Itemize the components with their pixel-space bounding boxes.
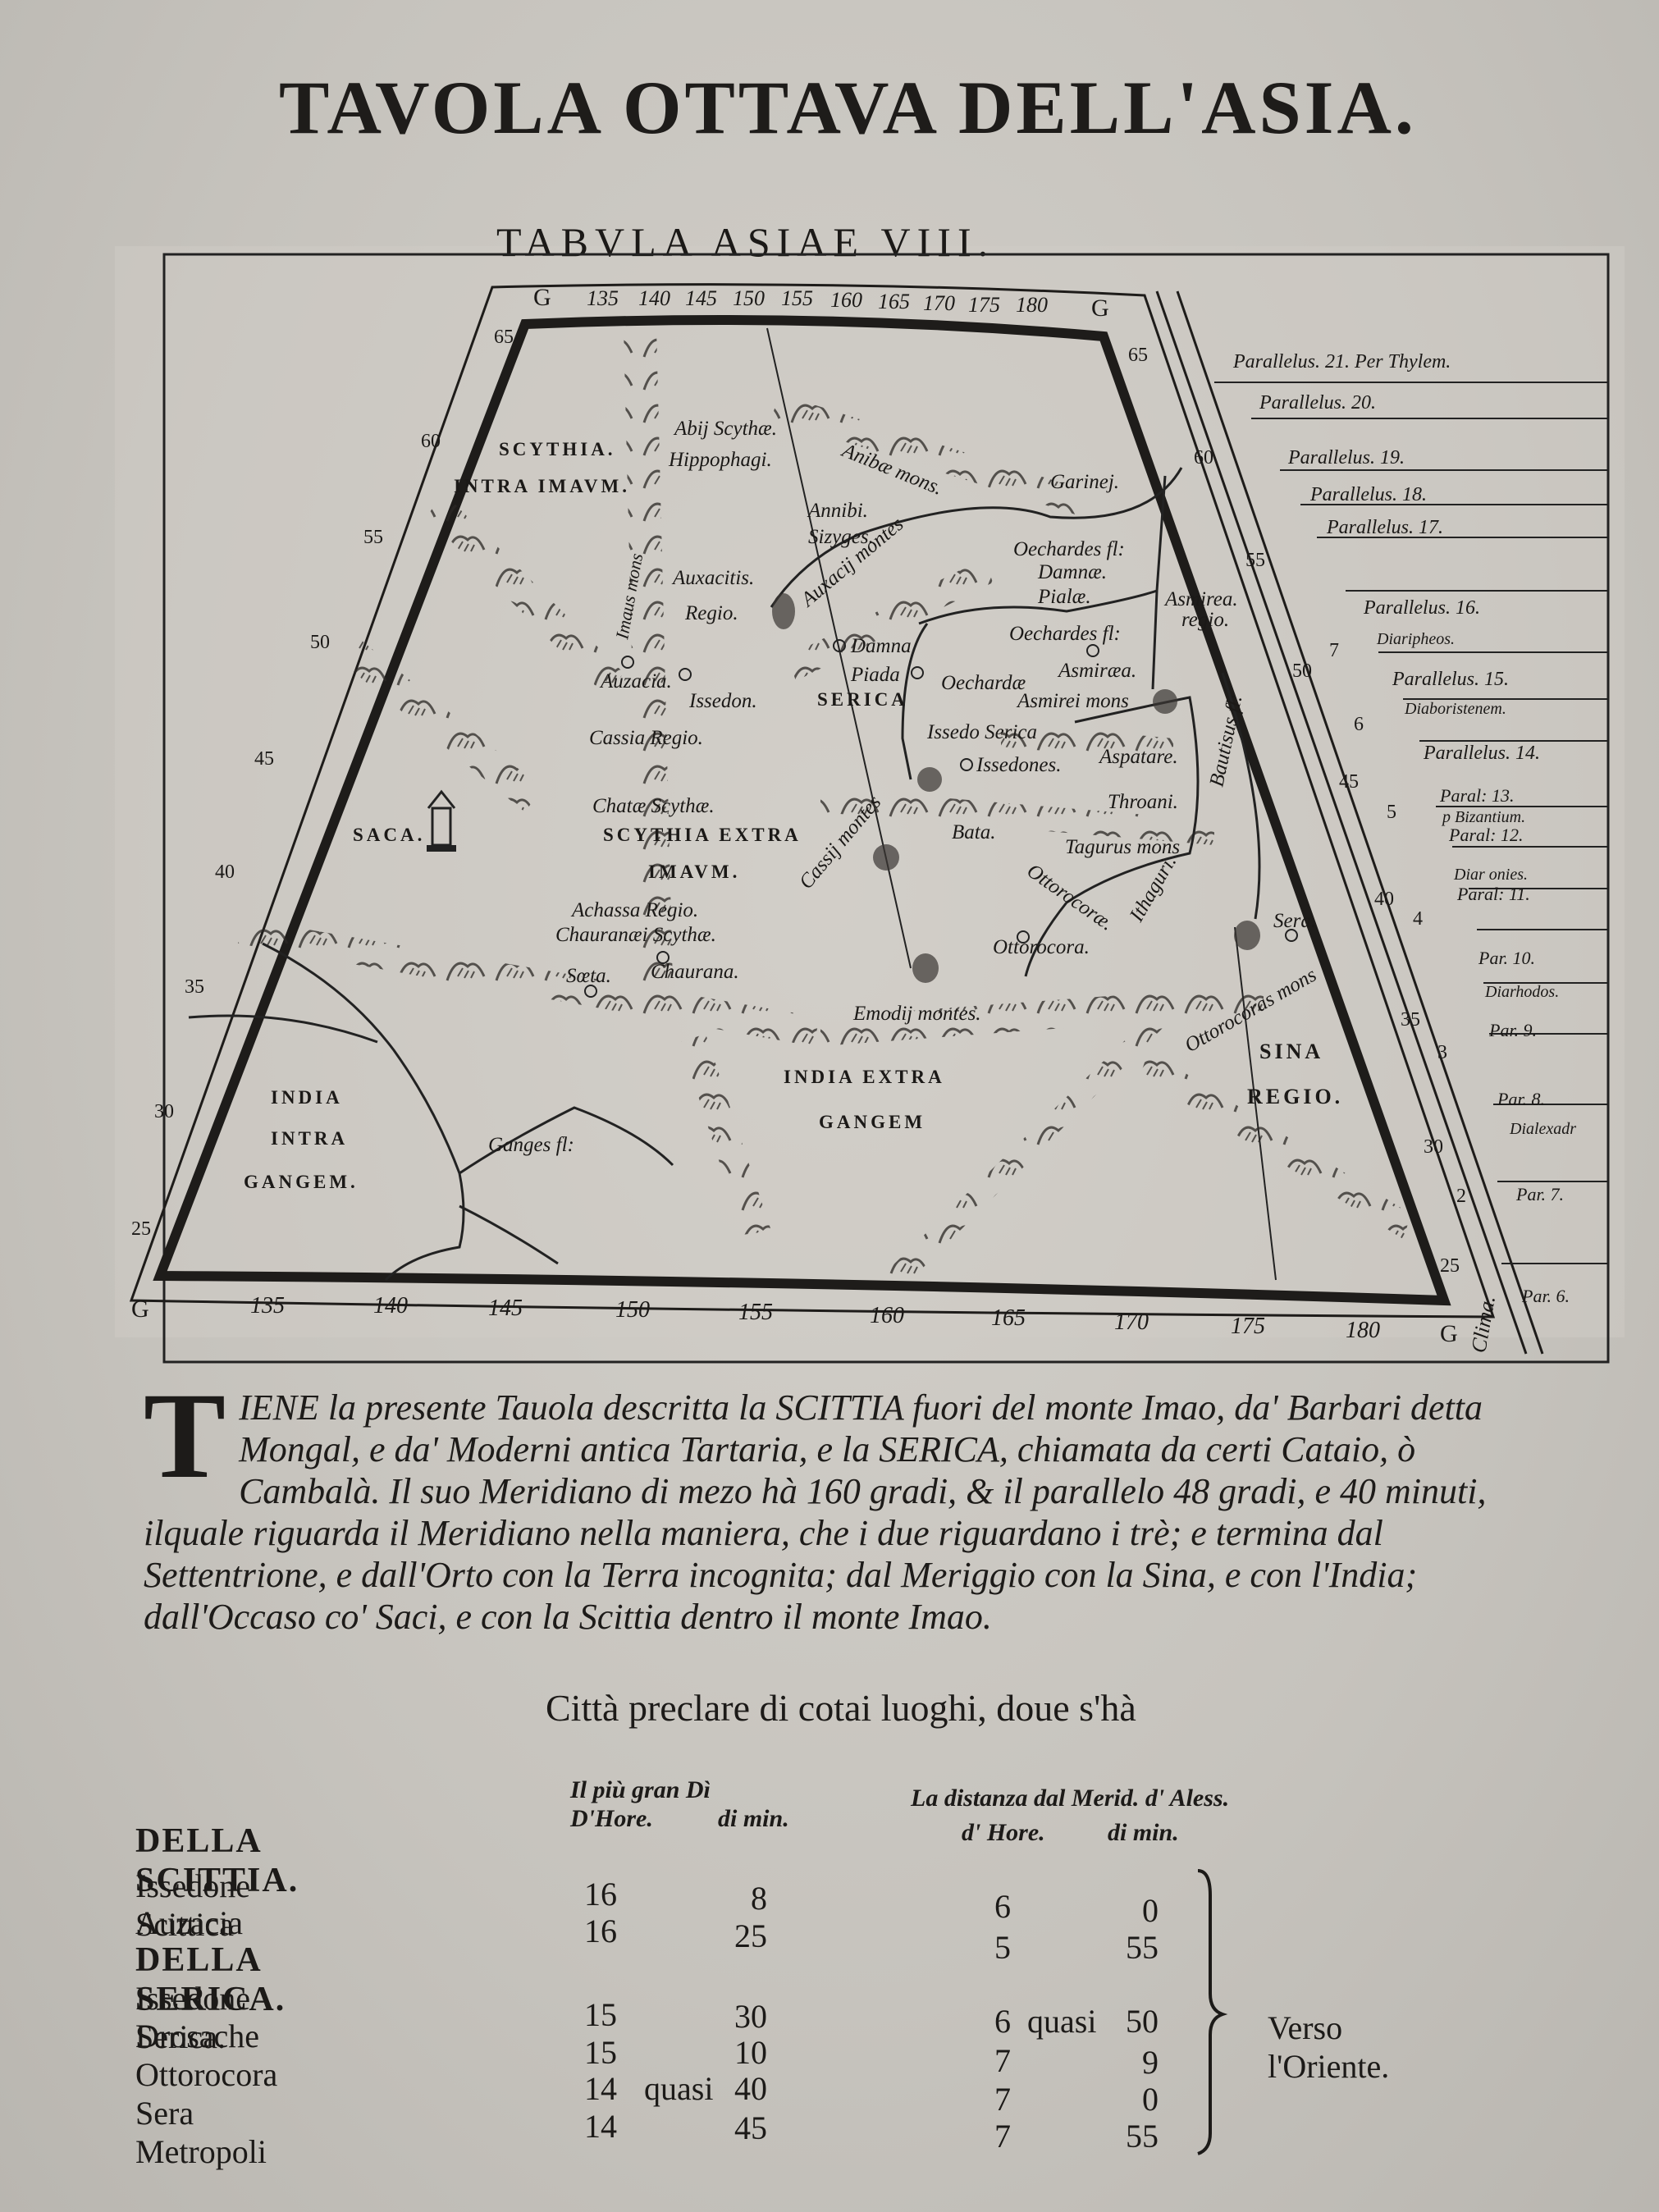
svg-text:Regio.: Regio. xyxy=(684,602,738,624)
dist-hours: 7 xyxy=(994,2080,1011,2118)
svg-text:Emodij montes.: Emodij montes. xyxy=(852,1003,981,1025)
svg-text:SACA.: SACA. xyxy=(353,825,425,845)
svg-text:180: 180 xyxy=(1016,293,1048,317)
dist-hours: 6 xyxy=(994,2002,1011,2041)
dist-minutes: 0 xyxy=(1142,2080,1159,2118)
svg-text:Issedones.: Issedones. xyxy=(976,754,1061,776)
svg-text:G: G xyxy=(1440,1320,1458,1347)
svg-text:170: 170 xyxy=(923,291,955,315)
svg-text:Hippophagi.: Hippophagi. xyxy=(668,449,772,471)
svg-text:165: 165 xyxy=(991,1305,1026,1331)
svg-text:Diaboristenem.: Diaboristenem. xyxy=(1404,700,1506,718)
svg-text:165: 165 xyxy=(878,290,910,313)
svg-text:Parallelus. 14.: Parallelus. 14. xyxy=(1423,743,1540,764)
svg-text:145: 145 xyxy=(488,1296,523,1321)
day-quasi: quasi xyxy=(644,2069,713,2108)
svg-text:65: 65 xyxy=(1128,345,1148,366)
svg-text:Paral: 11.: Paral: 11. xyxy=(1456,884,1530,904)
svg-text:Diaripheos.: Diaripheos. xyxy=(1376,630,1455,648)
dist-hours: 5 xyxy=(994,1928,1011,1967)
day-minutes: 8 xyxy=(751,1879,767,1917)
col-dist-hours-header: d' Hore. xyxy=(962,1819,1045,1847)
svg-text:135: 135 xyxy=(587,286,619,310)
svg-text:Paral: 12.: Paral: 12. xyxy=(1448,825,1523,845)
svg-text:Paral: 13.: Paral: 13. xyxy=(1439,785,1514,806)
svg-text:Sœta.: Sœta. xyxy=(566,965,611,987)
col-day-hours-header: D'Hore. xyxy=(570,1805,653,1833)
svg-text:regio.: regio. xyxy=(1181,609,1229,631)
svg-text:150: 150 xyxy=(733,286,765,310)
svg-text:Sera.: Sera. xyxy=(1273,910,1316,932)
svg-text:55: 55 xyxy=(1245,550,1265,571)
svg-text:Parallelus. 16.: Parallelus. 16. xyxy=(1363,597,1480,619)
drop-cap: T xyxy=(144,1387,226,1485)
svg-text:155: 155 xyxy=(738,1300,773,1325)
svg-text:IMAVM.: IMAVM. xyxy=(648,861,740,882)
svg-text:55: 55 xyxy=(363,527,383,548)
svg-text:Auxacitis.: Auxacitis. xyxy=(671,567,754,589)
svg-text:Piada: Piada xyxy=(850,664,900,686)
svg-text:INTRA IMAVM.: INTRA IMAVM. xyxy=(454,476,630,496)
day-hours: 15 xyxy=(584,1995,617,2034)
svg-text:Diarhodos.: Diarhodos. xyxy=(1484,983,1559,1001)
svg-text:Parallelus. 20.: Parallelus. 20. xyxy=(1259,392,1376,414)
svg-text:Dialexadr: Dialexadr xyxy=(1509,1120,1576,1138)
svg-text:SCYTHIA EXTRA: SCYTHIA EXTRA xyxy=(603,825,802,845)
svg-text:Pialæ.: Pialæ. xyxy=(1037,586,1091,608)
svg-text:5: 5 xyxy=(1387,802,1396,823)
day-minutes: 45 xyxy=(734,2109,767,2147)
row-label: Drosache xyxy=(135,2017,259,2055)
row-label: Ottorocora xyxy=(135,2055,277,2094)
svg-text:Auzacia.: Auzacia. xyxy=(599,670,672,692)
svg-text:Ganges fl:: Ganges fl: xyxy=(488,1134,574,1156)
description-body: IENE la presente Tauola descritta la SCI… xyxy=(144,1387,1487,1637)
svg-text:Throani.: Throani. xyxy=(1108,791,1178,813)
svg-text:150: 150 xyxy=(615,1297,650,1323)
svg-text:Damna: Damna xyxy=(850,635,912,657)
svg-text:Oechardes fl:: Oechardes fl: xyxy=(1013,538,1125,560)
svg-text:Damnæ.: Damnæ. xyxy=(1037,561,1107,583)
svg-text:Parallelus. 19.: Parallelus. 19. xyxy=(1287,447,1405,468)
svg-text:140: 140 xyxy=(638,286,670,310)
svg-text:Asmirei mons: Asmirei mons xyxy=(1016,690,1129,712)
svg-text:Aspatare.: Aspatare. xyxy=(1098,746,1178,768)
day-minutes: 30 xyxy=(734,1997,767,2036)
svg-text:Bata.: Bata. xyxy=(952,821,995,843)
col-group1-header: Il più gran Dì xyxy=(570,1776,711,1804)
col-dist-min-header: di min. xyxy=(1108,1819,1179,1847)
svg-text:Chaurana.: Chaurana. xyxy=(651,961,739,983)
svg-text:30: 30 xyxy=(1424,1136,1443,1158)
svg-text:50: 50 xyxy=(310,632,330,653)
svg-text:175: 175 xyxy=(968,293,1000,317)
svg-text:Asmirea.: Asmirea. xyxy=(1163,588,1238,610)
svg-text:Par. 7.: Par. 7. xyxy=(1515,1184,1564,1204)
svg-text:50: 50 xyxy=(1292,660,1312,682)
svg-text:60: 60 xyxy=(421,431,441,452)
dist-minutes: 9 xyxy=(1142,2043,1159,2082)
svg-text:Par. 8.: Par. 8. xyxy=(1497,1089,1545,1109)
day-hours: 15 xyxy=(584,2033,617,2072)
side-note: Verso l'Oriente. xyxy=(1268,2009,1389,2086)
svg-text:GANGEM: GANGEM xyxy=(819,1112,925,1132)
svg-text:G: G xyxy=(1091,295,1109,322)
svg-text:Asmiræa.: Asmiræa. xyxy=(1057,660,1136,682)
day-minutes: 10 xyxy=(734,2033,767,2072)
svg-text:25: 25 xyxy=(1440,1255,1460,1277)
row-label: Sera Metropoli xyxy=(135,2094,267,2171)
svg-text:Abij Scythæ.: Abij Scythæ. xyxy=(673,418,777,440)
svg-text:INTRA: INTRA xyxy=(271,1128,348,1149)
svg-text:2: 2 xyxy=(1456,1186,1466,1207)
day-minutes: 40 xyxy=(734,2069,767,2108)
svg-text:Chauranæi Scythæ.: Chauranæi Scythæ. xyxy=(555,924,716,946)
svg-text:Cassia Regio.: Cassia Regio. xyxy=(589,727,703,749)
svg-text:Achassa Regio.: Achassa Regio. xyxy=(570,899,698,921)
svg-text:Par. 10.: Par. 10. xyxy=(1478,948,1535,968)
svg-text:Par. 9.: Par. 9. xyxy=(1488,1020,1537,1040)
dist-hours: 6 xyxy=(994,1887,1011,1926)
svg-text:65: 65 xyxy=(494,327,514,348)
map-title: TABVLA ASIAE VIII. xyxy=(496,219,994,265)
col-day-min-header: di min. xyxy=(718,1805,789,1833)
svg-text:p Bizantium.: p Bizantium. xyxy=(1441,808,1525,826)
svg-text:G: G xyxy=(533,284,551,311)
svg-text:6: 6 xyxy=(1354,714,1364,735)
svg-text:Issedo Serica: Issedo Serica xyxy=(926,721,1037,743)
svg-text:SCYTHIA.: SCYTHIA. xyxy=(499,439,616,459)
svg-text:160: 160 xyxy=(830,288,862,312)
dist-hours: 7 xyxy=(994,2117,1011,2155)
svg-text:Annibi.: Annibi. xyxy=(807,500,868,522)
svg-text:160: 160 xyxy=(870,1303,904,1328)
svg-text:G: G xyxy=(131,1296,149,1323)
svg-text:30: 30 xyxy=(154,1101,174,1122)
svg-text:INDIA: INDIA xyxy=(271,1087,343,1108)
dist-hours: 7 xyxy=(994,2041,1011,2080)
svg-text:7: 7 xyxy=(1329,640,1339,661)
svg-text:REGIO.: REGIO. xyxy=(1247,1085,1343,1108)
map: TABVLA ASIAE VIII. G 135 140 145 150 155… xyxy=(0,0,1659,1378)
day-hours: 14 xyxy=(584,2107,617,2146)
cities-table-title: Città preclare di cotai luoghi, doue s'h… xyxy=(546,1686,1136,1730)
svg-text:60: 60 xyxy=(1194,447,1213,468)
svg-text:35: 35 xyxy=(1401,1009,1420,1031)
day-hours: 14 xyxy=(584,2069,617,2108)
svg-text:Parallelus. 15.: Parallelus. 15. xyxy=(1392,669,1509,690)
svg-text:40: 40 xyxy=(1374,889,1394,910)
svg-text:135: 135 xyxy=(250,1293,285,1319)
svg-text:45: 45 xyxy=(254,748,274,770)
svg-text:SINA: SINA xyxy=(1259,1040,1323,1063)
svg-text:Ottorocora.: Ottorocora. xyxy=(993,936,1090,958)
svg-text:145: 145 xyxy=(685,286,717,310)
svg-text:INDIA EXTRA: INDIA EXTRA xyxy=(784,1067,945,1087)
row-label: Auzacia xyxy=(135,1904,243,1942)
svg-text:Garinej.: Garinej. xyxy=(1050,471,1119,493)
svg-text:45: 45 xyxy=(1339,771,1359,793)
svg-text:140: 140 xyxy=(373,1293,408,1319)
svg-text:Oechardæ: Oechardæ xyxy=(941,672,1026,694)
dist-minutes: 55 xyxy=(1126,1928,1159,1967)
description-text: T IENE la presente Tauola descritta la S… xyxy=(144,1387,1538,1638)
dist-quasi: quasi xyxy=(1027,2002,1096,2041)
dist-minutes: 50 xyxy=(1126,2002,1159,2041)
svg-text:170: 170 xyxy=(1114,1309,1149,1335)
svg-text:Chatæ Scythæ.: Chatæ Scythæ. xyxy=(592,795,715,817)
svg-text:4: 4 xyxy=(1413,908,1423,930)
svg-text:Oechardes fl:: Oechardes fl: xyxy=(1009,623,1121,645)
brace-icon xyxy=(1190,1862,1231,2158)
svg-text:GANGEM.: GANGEM. xyxy=(244,1172,359,1192)
svg-text:40: 40 xyxy=(215,861,235,883)
day-hours: 16 xyxy=(584,1912,617,1950)
col-group2-header: La distanza dal Merid. d' Aless. xyxy=(911,1785,1229,1812)
svg-text:Diar onies.: Diar onies. xyxy=(1453,866,1528,884)
dist-minutes: 55 xyxy=(1126,2117,1159,2155)
svg-text:175: 175 xyxy=(1231,1314,1265,1339)
svg-text:180: 180 xyxy=(1346,1318,1380,1343)
svg-text:Parallelus. 17.: Parallelus. 17. xyxy=(1326,517,1443,538)
svg-text:3: 3 xyxy=(1437,1042,1447,1063)
svg-text:155: 155 xyxy=(781,286,813,310)
dist-minutes: 0 xyxy=(1142,1891,1159,1930)
svg-text:Issedon.: Issedon. xyxy=(688,690,757,712)
day-hours: 16 xyxy=(584,1875,617,1913)
svg-text:Parallelus. 18.: Parallelus. 18. xyxy=(1309,484,1427,505)
svg-text:SERICA: SERICA xyxy=(817,689,908,710)
svg-text:25: 25 xyxy=(131,1218,151,1240)
svg-text:35: 35 xyxy=(185,976,204,998)
svg-text:Par. 6.: Par. 6. xyxy=(1521,1286,1570,1306)
svg-text:Parallelus. 21. Per Thylem.: Parallelus. 21. Per Thylem. xyxy=(1232,351,1451,372)
day-minutes: 25 xyxy=(734,1917,767,1955)
